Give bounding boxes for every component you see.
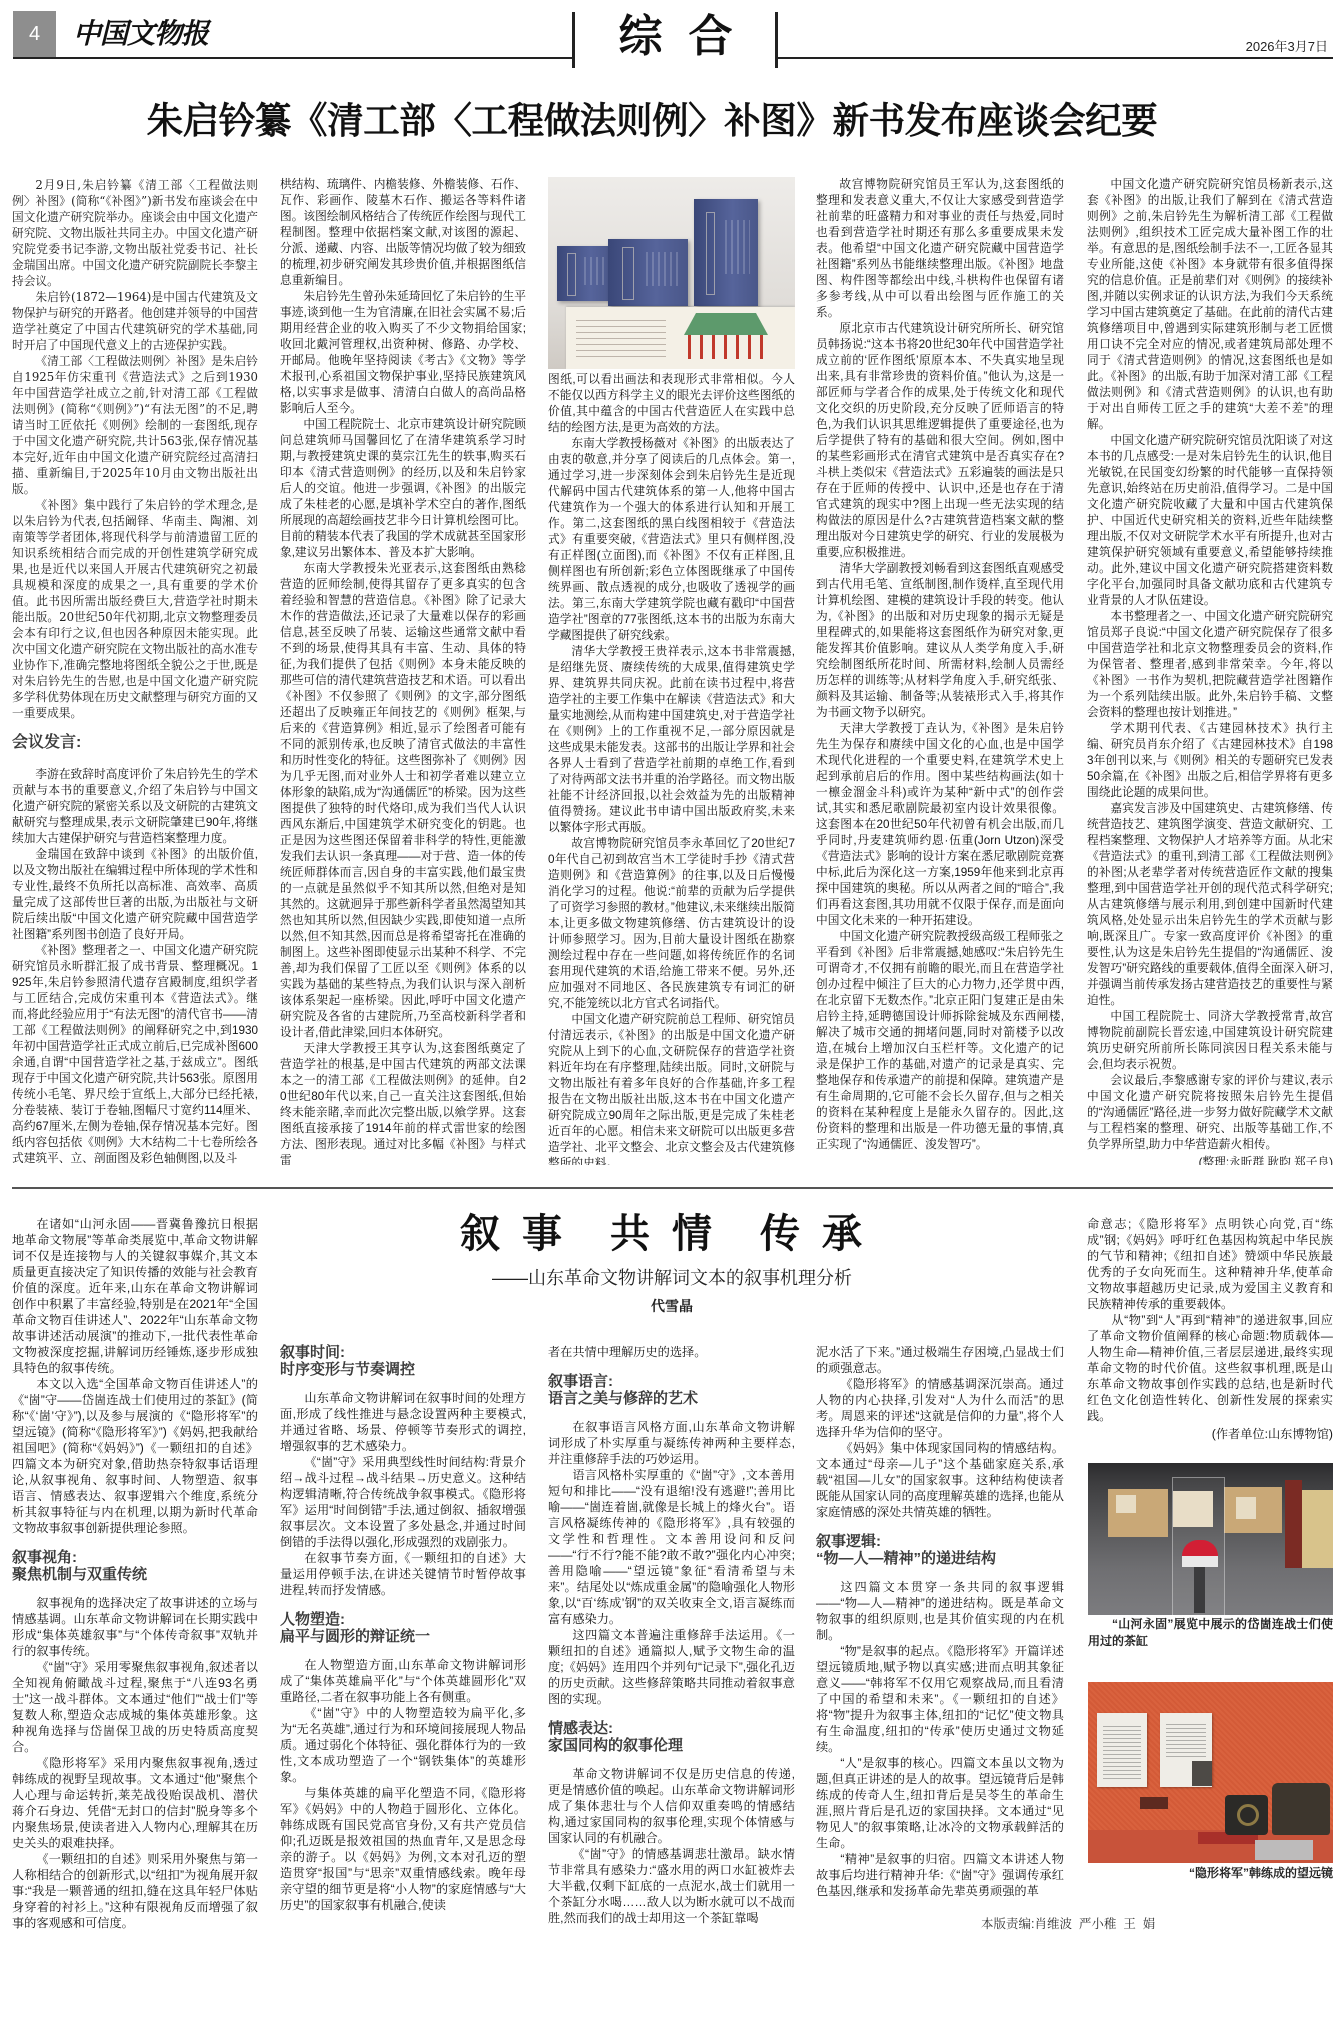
paragraph: 故宫博物院研究馆员李永革回忆了20世纪70年代自己初到故宫当木工学徒时手抄《清式… [548, 836, 795, 1012]
photo-caption: “隐形将军”韩练成的望远镜 [1088, 1865, 1333, 1882]
issue-date: 2026年3月7日 [1200, 36, 1328, 55]
article-column-5: 中国文化遗产研究院研究馆员杨新表示,这套《补图》的出版,让我们了解到在《清式营造… [1087, 177, 1333, 1165]
section-heading-label: 会议发言: [12, 733, 258, 753]
book-case-icon [557, 246, 613, 301]
tea-mug-base [1182, 1556, 1218, 1567]
paragraph: 《补图》集中践行了朱启钤的学术理念,是以朱启钤为代表,包括阚铎、华南圭、陶湘、刘… [12, 497, 258, 721]
binocular-case-icon [1272, 1783, 1330, 1835]
section-heading-subtitle: 扁平与圆形的辩证统一 [280, 1628, 526, 1645]
paragraph: 中国文化遗产研究院研究馆员沈阳谈了对这本书的几点感受:一是对朱启钤先生的认识,他… [1087, 433, 1333, 609]
section-heading: 会议发言: [12, 733, 258, 753]
paragraph: 中国文化遗产研究院研究馆员杨新表示,这套《补图》的出版,让我们了解到在《清式营造… [1087, 177, 1333, 433]
exhibit-label [1140, 1797, 1168, 1809]
book-case-icon [608, 239, 688, 306]
article2-column-3: 者在共情中理解历史的选择。叙事语言:语言之美与修辞的艺术在叙事语言风格方面,山东… [548, 1344, 795, 1936]
paragraph: 中国工程院院士、北京市建筑设计研究院顾问总建筑师马国馨回忆了在清华建筑系学习时期… [280, 417, 526, 561]
exhibition-photo [1088, 1463, 1333, 1615]
headline-word: 传承 [760, 1210, 884, 1258]
section-heading: 情感表达:家国同构的叙事伦理 [548, 1720, 795, 1754]
exhibit-board [1302, 1490, 1333, 1568]
paragraph: 中国工程院院士、同济大学教授常青,故宫博物院前副院长晋宏逵,中国建筑设计研究院建… [1087, 1009, 1333, 1073]
paragraph: 2月9日,朱启钤纂《清工部〈工程做法则例〉补图》(简称“《补图》”)新书发布座谈… [12, 177, 258, 289]
paragraph: 山东革命文物讲解词在叙事时间的处理方面,形成了线性推进与悬念设置两种主要模式,并… [280, 1390, 526, 1454]
article2-column-4: 泥水活了下来。”通过极端生存困境,凸显战士们的顽强意志。《隐形将军》的情感基调深… [816, 1344, 1064, 1936]
paragraph: “精神”是叙事的归宿。四篇文本讲述人物故事后均进行精神升华:《“崮”守》强调传承… [816, 1851, 1064, 1899]
section-heading-label: 叙事时间: [280, 1344, 526, 1361]
display-panel [1116, 1495, 1136, 1513]
section-heading-subtitle: 时序变形与节奏调控 [280, 1361, 526, 1378]
section-heading: 人物塑造:扁平与圆形的辩证统一 [280, 1611, 526, 1645]
article2-column-1: 在诸如“山河永固——晋冀鲁豫抗日根据地革命文物展”等革命类展览中,革命文物讲解词… [12, 1216, 258, 1932]
article-column-3: 图纸,可以看出画法和表现形式非常相似。今人不能仅以西方科学主义的眼光去评价这些图… [548, 177, 795, 1165]
paragraph: 本书整理者之一、中国文化遗产研究院研究馆员郑子良说:“中国文化遗产研究院保存了很… [1087, 609, 1333, 721]
paragraph: 东南大学教授杨薇对《补图》的出版表达了由衷的敬意,并分享了阅读后的几点体会。第一… [548, 436, 795, 644]
paragraph: 《一颗纽扣的自述》则采用外聚焦与第一人称相结合的创新形式,以“纽扣”为视角展开叙… [12, 1851, 258, 1931]
paragraph: 金瑞国在致辞中谈到《补图》的出版价值,以及文物出版社在编辑过程中所体现的学术性和… [12, 847, 258, 943]
section-bar-right [775, 12, 778, 68]
paragraph: 《“崮”守》采用零聚焦叙事视角,叙述者以全知视角俯瞰战斗过程,聚焦于“八连93名… [12, 1659, 258, 1755]
paragraph: 从“物”到“人”再到“精神”的递进叙事,回应了革命文物价值阐释的核心命题:物质载… [1087, 1312, 1333, 1424]
article-headline: 朱启钤纂《清工部〈工程做法则例〉补图》新书发布座谈会纪要 [60, 98, 1244, 144]
header-rule-left [13, 57, 572, 59]
header-rule-right [777, 57, 1333, 59]
paragraph: 语言风格朴实厚重的《“崮”守》,文本善用短句和排比——“没有退缩!没有逃避!”;… [548, 1467, 795, 1627]
article-column-4: 故宫博物院研究馆员王军认为,这套图纸的整理和发表意义重大,不仅让大家感受到营造学… [816, 177, 1064, 1165]
paragraph: 《隐形将军》采用内聚焦叙事视角,透过韩练成的视野呈现故事。文本通过“他”聚焦个人… [12, 1755, 258, 1851]
paragraph: 《清工部〈工程做法则例〉补图》是朱启钤自1925年仿宋重刊《营造法式》之后到19… [12, 353, 258, 497]
article2-column-2: 叙事时间:时序变形与节奏调控山东革命文物讲解词在叙事时间的处理方面,形成了线性推… [280, 1344, 526, 1936]
paragraph: 本文以入选“全国革命文物百佳讲述人”的《“崮”守——岱崮连战士们使用过的茶缸》(… [12, 1376, 258, 1536]
binocular-photo [1088, 1682, 1333, 1863]
author-affiliation: (作者单位:山东博物馆) [1087, 1426, 1333, 1442]
paragraph: 学术期刊代表、《古建园林技术》执行主编、研究员肖东介绍了《古建园林技术》自198… [1087, 721, 1333, 801]
exhibit-banner [1285, 1480, 1302, 1568]
paragraph: 《补图》整理者之一、中国文化遗产研究院研究馆员永昕群汇报了成书背景、整理概况。1… [12, 943, 258, 1165]
paragraph: 《“崮”守》采用典型线性时间结构:背景介绍→战斗过程→战斗结果→历史意义。这种结… [280, 1454, 526, 1550]
paragraph: 中国文化遗产研究院教授级高级工程师张之平看到《补图》后非常震撼,她感叹:“朱启钤… [816, 929, 1064, 1153]
paragraph-continued: 泥水活了下来。”通过极端生存困境,凸显战士们的顽强意志。 [816, 1344, 1064, 1376]
headline-word: 叙事 [460, 1210, 584, 1258]
paragraph: 《“崮”守》中的人物塑造较为扁平化,多为“无名英雄”,通过行为和环境间接展现人物… [280, 1705, 526, 1785]
paragraph: 朱启钤(1872—1964)是中国古代建筑及文物保护与研究的开路者。他创建并领导… [12, 289, 258, 353]
article-column-1: 2月9日,朱启钤纂《清工部〈工程做法则例〉补图》(简称“《补图》”)新书发布座谈… [12, 177, 258, 1165]
section-heading-label: 叙事语言: [548, 1373, 795, 1390]
paragraph: 与集体英雄的扁平化塑造不同,《隐形将军》《妈妈》中的人物趋于圆形化、立体化。韩练… [280, 1785, 526, 1913]
display-panel [1236, 1497, 1256, 1519]
paragraph: 故宫博物院研究馆员王军认为,这套图纸的整理和发表意义重大,不仅让大家感受到营造学… [816, 177, 1064, 321]
newspaper-logo: 中国文物报 [73, 12, 208, 56]
book-case-icon [694, 199, 758, 306]
section-heading: 叙事时间:时序变形与节奏调控 [280, 1344, 526, 1378]
drawing-sheet [566, 307, 795, 369]
section-heading-subtitle: 聚焦机制与双重传统 [12, 1566, 258, 1583]
paragraph-continued: 图纸,可以看出画法和表现形式非常相似。今人不能仅以西方科学主义的眼光去评价这些图… [548, 372, 795, 436]
paragraph: 朱启钤先生曾孙朱延琦回忆了朱启钤的生平事迹,谈到他一生为官清廉,在旧社会实属不易… [280, 289, 526, 417]
paragraph: 天津大学教授丁垚认为,《补图》是朱启钤先生为保存和赓续中国文化的心血,也是中国学… [816, 721, 1064, 929]
portrait-photo [1192, 1761, 1212, 1786]
article2-author: 代雪晶 [280, 1296, 1064, 1316]
article2-headline: 叙事 共情 传承 [280, 1210, 1064, 1258]
paragraph: 在叙事语言风格方面,山东革命文物讲解词形成了朴实厚重与凝练传神两种主要样态,并注… [548, 1419, 795, 1467]
section-heading-label: 叙事视角: [12, 1549, 258, 1566]
section-heading-label: 情感表达: [548, 1720, 795, 1737]
pedestal [1194, 1567, 1205, 1613]
paragraph: 在诸如“山河永固——晋冀鲁豫抗日根据地革命文物展”等革命类展览中,革命文物讲解词… [12, 1216, 258, 1376]
article2-column-5: 命意志;《隐形将军》点明铁心向党,百“练成”钢;《妈妈》呼吁红色基因构筑起中华民… [1087, 1216, 1333, 1452]
paragraph: 这四篇文本普遍注重修辞手法运用。《一颗纽扣的自述》通篇拟人,赋予文物生命的温度;… [548, 1627, 795, 1707]
compiler-credit: (整理:永昕群 耿昀 郑子良) [1087, 1155, 1333, 1165]
paragraph: 嘉宾发言涉及中国建筑史、古建筑修缮、传统营造技艺、建筑图学演变、营造文献研究、工… [1087, 801, 1333, 1009]
paragraph: 革命文物讲解词不仅是历史信息的传递,更是情感价值的唤起。山东革命文物讲解词形成了… [548, 1766, 795, 1846]
paragraph: 天津大学教授王其亨认为,这套图纸奠定了营造学社的根基,是中国古代建筑的两部文法课… [280, 1041, 526, 1165]
section-heading: 叙事语言:语言之美与修辞的艺术 [548, 1373, 795, 1407]
book-set-photo [548, 177, 795, 369]
section-heading-label: 叙事逻辑: [816, 1533, 1064, 1550]
paragraph-continued: 栱结构、琉璃件、内檐装修、外檐装修、石作、瓦作、彩画作、陵墓木石作、搬运各等料件… [280, 177, 526, 289]
article2-subtitle: ——山东革命文物讲解词文本的叙事机理分析 [280, 1266, 1064, 1290]
document-frame [1097, 1713, 1147, 1787]
paragraph: 清华大学教授王贵祥表示,这本书非常震撼,是绍继先贤、赓续传统的大成果,值得建筑史… [548, 644, 795, 836]
paragraph: 中国文化遗产研究院前总工程师、研究馆员付清远表示,《补图》的出版是中国文化遗产研… [548, 1012, 795, 1165]
paragraph: 原北京市古代建筑设计研究所所长、研究馆员韩扬说:“这本书将20世纪30年代中国营… [816, 321, 1064, 561]
paragraph: 《隐形将军》的情感基调深沉崇高。通过人物的内心抉择,引发对“人为什么而活”的思考… [816, 1376, 1064, 1440]
article-column-2: 栱结构、琉璃件、内檐装修、外檐装修、石作、瓦作、彩画作、陵墓木石作、搬运各等料件… [280, 177, 526, 1165]
photo-caption: “山河永固”展览中展示的岱崮连战士们使用过的茶缸 [1088, 1616, 1333, 1650]
paragraph-continued: 命意志;《隐形将军》点明铁心向党,百“练成”钢;《妈妈》呼吁红色基因构筑起中华民… [1087, 1216, 1333, 1312]
binoculars-strap [1237, 1804, 1259, 1826]
section-heading-label: 人物塑造: [280, 1611, 526, 1628]
section-title: 综合 [575, 12, 776, 62]
paragraph: 东南大学教授朱光亚表示,这套图纸由熟稔营造的匠师绘制,使得其留存了更多真实的包含… [280, 561, 526, 1041]
paragraph: 叙事视角的选择决定了故事讲述的立场与情感基调。山东革命文物讲解词在长期实践中形成… [12, 1595, 258, 1659]
paragraph: 李游在致辞时高度评价了朱启钤先生的学术贡献与本书的重要意义,介绍了朱启钤与中国文… [12, 767, 258, 847]
paragraph: “人”是叙事的核心。四篇文本虽以文物为题,但真正讲述的是人的故事。望远镜背后是韩… [816, 1755, 1064, 1851]
headline-word: 共情 [610, 1210, 734, 1258]
page-number: 4 [13, 11, 56, 57]
paragraph: 清华大学副教授刘畅看到这套图纸直观感受到古代用毛笔、宣纸制图,制作烫样,直至现代… [816, 561, 1064, 721]
paragraph: 会议最后,李黎感谢专家的评价与建议,表示中国文化遗产研究院将按照朱启钤先生提倡的… [1087, 1073, 1333, 1153]
paragraph: 《“崮”守》的情感基调悲壮激昂。缺水情节非常具有感染力:“盛水用的两口水缸被炸去… [548, 1846, 795, 1926]
article-column-3-text: 图纸,可以看出画法和表现形式非常相似。今人不能仅以西方科学主义的眼光去评价这些图… [548, 372, 795, 1165]
section-heading-subtitle: 家国同构的叙事伦理 [548, 1737, 795, 1754]
section-heading-subtitle: “物—人—精神”的递进结构 [816, 1550, 1064, 1567]
paragraph: 在叙事节奏方面,《一颗纽扣的自述》大量运用停顿手法,在讲述关键情节时暂停故事进程… [280, 1550, 526, 1598]
exhibit-plate [1255, 1840, 1313, 1860]
section-heading: 叙事逻辑:“物—人—精神”的递进结构 [816, 1533, 1064, 1567]
paragraph: “物”是叙事的起点。《隐形将军》开篇详述望远镜质地,赋予物以真实感;进而点明其象… [816, 1643, 1064, 1755]
article-divider [12, 1187, 1333, 1189]
section-heading-subtitle: 语言之美与修辞的艺术 [548, 1390, 795, 1407]
paragraph: 《妈妈》集中体现家国同构的情感结构。文本通过“母亲—儿子”这个基础家庭关系,承载… [816, 1440, 1064, 1520]
paragraph: 这四篇文本贯穿一条共同的叙事逻辑——“物—人—精神”的递进结构。既是革命文物叙事… [816, 1579, 1064, 1643]
section-heading: 叙事视角:聚焦机制与双重传统 [12, 1549, 258, 1583]
paragraph-continued: 者在共情中理解历史的选择。 [548, 1344, 795, 1360]
paragraph: 在人物塑造方面,山东革命文物讲解词形成了“集体英雄扁平化”与“个体英雄圆形化”双… [280, 1657, 526, 1705]
page-editors: 本版责编:肖维波 严小稚 王 娟 [981, 1914, 1155, 1932]
